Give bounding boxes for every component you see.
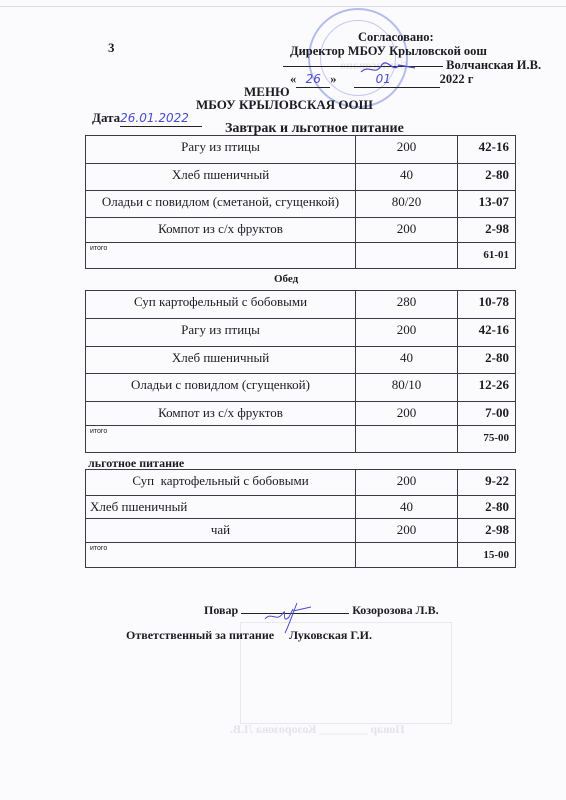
dish-portion: 80/10 — [356, 374, 458, 402]
approval-year: 2022 г — [440, 72, 474, 86]
date-label: Дата — [92, 110, 120, 125]
dish-portion: 200 — [356, 218, 458, 243]
dish-portion: 200 — [356, 136, 458, 164]
total-portion — [356, 243, 458, 269]
table-row: Компот из с/х фруктов 200 2-98 — [86, 218, 516, 243]
dish-portion: 200 — [356, 519, 458, 543]
table-row: Рагу из птицы 200 42-16 — [86, 319, 516, 347]
responsible-label: Ответственный за питание — [126, 628, 274, 642]
dish-portion: 40 — [356, 496, 458, 519]
approval-day-field: 26 — [296, 72, 330, 88]
table-row: Компот из с/х фруктов 200 7-00 — [86, 402, 516, 426]
total-price: 61-01 — [458, 243, 516, 269]
table-row: Хлеб пшеничный 40 2-80 — [86, 496, 516, 519]
approval-label: Согласовано: — [358, 30, 434, 45]
date-field: 26.01.2022 — [120, 110, 202, 127]
table-row: Оладьи с повидлом (сметаной, сгущенкой) … — [86, 191, 516, 218]
responsible-name: Луковская Г.И. — [289, 628, 372, 642]
total-price: 15-00 — [458, 543, 516, 568]
director-name: Волчанская И.В. — [446, 58, 541, 72]
dish-price: 12-26 — [458, 374, 516, 402]
dish-name: Оладьи с повидлом (сгущенкой) — [86, 374, 356, 402]
table-row: Хлеб пшеничный 40 2-80 — [86, 347, 516, 374]
dish-price: 2-98 — [458, 218, 516, 243]
date-row: Дата26.01.2022 — [92, 110, 202, 127]
approval-day: 26 — [306, 72, 321, 86]
dish-name: чай — [86, 519, 356, 543]
dish-price: 9-22 — [458, 470, 516, 496]
bleed-through-signature: Повар ________ Козорозова Л.В. — [230, 722, 405, 737]
table-row: Суп картофельный с бобовыми 200 9-22 — [86, 470, 516, 496]
cook-name: Козорозова Л.В. — [352, 603, 438, 617]
dish-price: 2-80 — [458, 496, 516, 519]
section-title-lunch: Обед — [274, 273, 298, 285]
dish-name: Суп картофельный с бобовыми — [86, 291, 356, 319]
approval-signature-line: Волчанская И.В. — [283, 58, 541, 73]
dish-name: Оладьи с повидлом (сметаной, сгущенкой) — [86, 191, 356, 218]
dish-name: Хлеб пшеничный — [86, 164, 356, 191]
total-label: итого — [86, 243, 356, 269]
table-row: Рагу из птицы 200 42-16 — [86, 136, 516, 164]
cook-signature-line — [241, 613, 349, 614]
total-portion — [356, 543, 458, 568]
total-portion — [356, 426, 458, 453]
dish-name: Рагу из птицы — [86, 136, 356, 164]
dish-name: Рагу из птицы — [86, 319, 356, 347]
approval-position: Директор МБОУ Крыловской оош — [290, 44, 487, 59]
dish-portion: 200 — [356, 470, 458, 496]
quote-close: » — [330, 72, 336, 86]
total-label: итого — [86, 426, 356, 453]
approval-month-field: 01 — [354, 72, 440, 88]
table-row: чай 200 2-98 — [86, 519, 516, 543]
dish-name: Хлеб пшеничный — [86, 496, 356, 519]
dish-price: 42-16 — [458, 136, 516, 164]
table-row: Хлеб пшеничный 40 2-80 — [86, 164, 516, 191]
total-label: итого — [86, 543, 356, 568]
dish-portion: 40 — [356, 164, 458, 191]
dish-price: 2-80 — [458, 347, 516, 374]
dish-portion: 200 — [356, 319, 458, 347]
menu-table-subsidized: Суп картофельный с бобовыми 200 9-22 Хле… — [85, 469, 516, 568]
total-row: итого 15-00 — [86, 543, 516, 568]
dish-name: Хлеб пшеничный — [86, 347, 356, 374]
dish-price: 42-16 — [458, 319, 516, 347]
dish-price: 13-07 — [458, 191, 516, 218]
cook-label: Повар — [204, 603, 238, 617]
dish-price: 2-98 — [458, 519, 516, 543]
dish-portion: 280 — [356, 291, 458, 319]
total-row: итого 75-00 — [86, 426, 516, 453]
dish-price: 10-78 — [458, 291, 516, 319]
responsible-row: Ответственный за питание Луковская Г.И. — [126, 628, 372, 643]
dish-portion: 80/20 — [356, 191, 458, 218]
dish-portion: 200 — [356, 402, 458, 426]
menu-table-lunch: Суп картофельный с бобовыми 280 10-78 Ра… — [85, 290, 516, 453]
approval-month: 01 — [376, 72, 391, 86]
cook-signature-row: Повар Козорозова Л.В. — [204, 603, 439, 618]
total-row: итого 61-01 — [86, 243, 516, 269]
scan-edge-line — [0, 6, 566, 7]
approval-date: «26» 012022 г — [290, 72, 473, 88]
total-price: 75-00 — [458, 426, 516, 453]
director-signature-line — [283, 66, 443, 67]
dish-name: Компот из с/х фруктов — [86, 218, 356, 243]
dish-name: Компот из с/х фруктов — [86, 402, 356, 426]
dish-portion: 40 — [356, 347, 458, 374]
dish-price: 7-00 — [458, 402, 516, 426]
school-name: МБОУ КРЫЛОВСКАЯ ООШ — [196, 97, 373, 113]
menu-table-breakfast: Рагу из птицы 200 42-16 Хлеб пшеничный 4… — [85, 135, 516, 269]
dish-price: 2-80 — [458, 164, 516, 191]
date-value: 26.01.2022 — [120, 111, 189, 125]
table-row: Оладьи с повидлом (сгущенкой) 80/10 12-2… — [86, 374, 516, 402]
dish-name: Суп картофельный с бобовыми — [86, 470, 356, 496]
page-number: 3 — [108, 40, 115, 56]
table-row: Суп картофельный с бобовыми 280 10-78 — [86, 291, 516, 319]
